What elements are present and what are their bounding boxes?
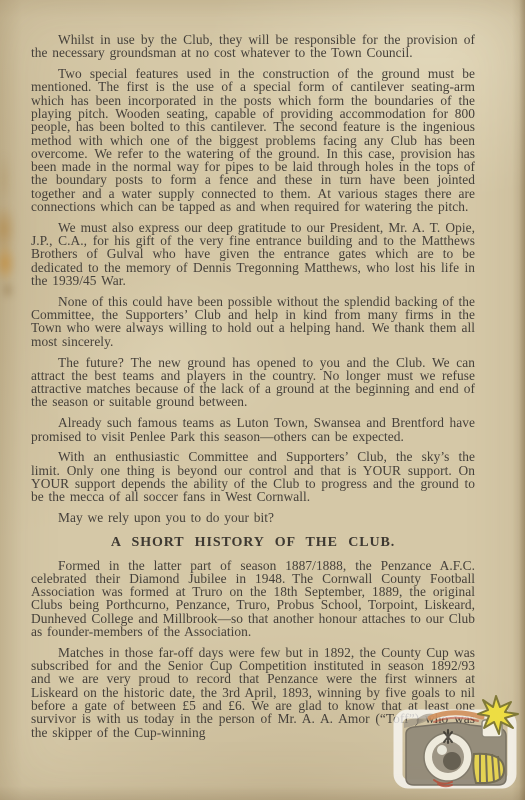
paragraph: Whilst in use by the Club, they will be … xyxy=(31,33,475,60)
paper-stain xyxy=(0,203,16,255)
paragraph: Already such famous teams as Luton Town,… xyxy=(31,416,475,443)
page-text-block: Whilst in use by the Club, they will be … xyxy=(31,33,475,739)
paragraph: Matches in those far-off days were few b… xyxy=(31,646,475,739)
paragraph: With an enthusiastic Committee and Suppo… xyxy=(31,450,475,503)
scanned-page: Whilst in use by the Club, they will be … xyxy=(0,0,525,800)
paragraph: The future? The new ground has opened to… xyxy=(31,356,475,409)
paragraph: Formed in the latter part of season 1887… xyxy=(31,559,475,639)
paper-stain xyxy=(0,280,15,300)
paragraph: Two special features used in the constru… xyxy=(31,67,475,213)
page-edge-shadow xyxy=(519,0,525,800)
paper-stain xyxy=(0,150,12,210)
section-heading: A SHORT HISTORY OF THE CLUB. xyxy=(31,536,475,549)
paper-stain xyxy=(0,243,16,283)
paragraph: We must also express our deep gratitude … xyxy=(31,221,475,287)
paragraph: May we rely upon you to do your bit? xyxy=(31,511,475,524)
paragraph: None of this could have been possible wi… xyxy=(31,295,475,348)
